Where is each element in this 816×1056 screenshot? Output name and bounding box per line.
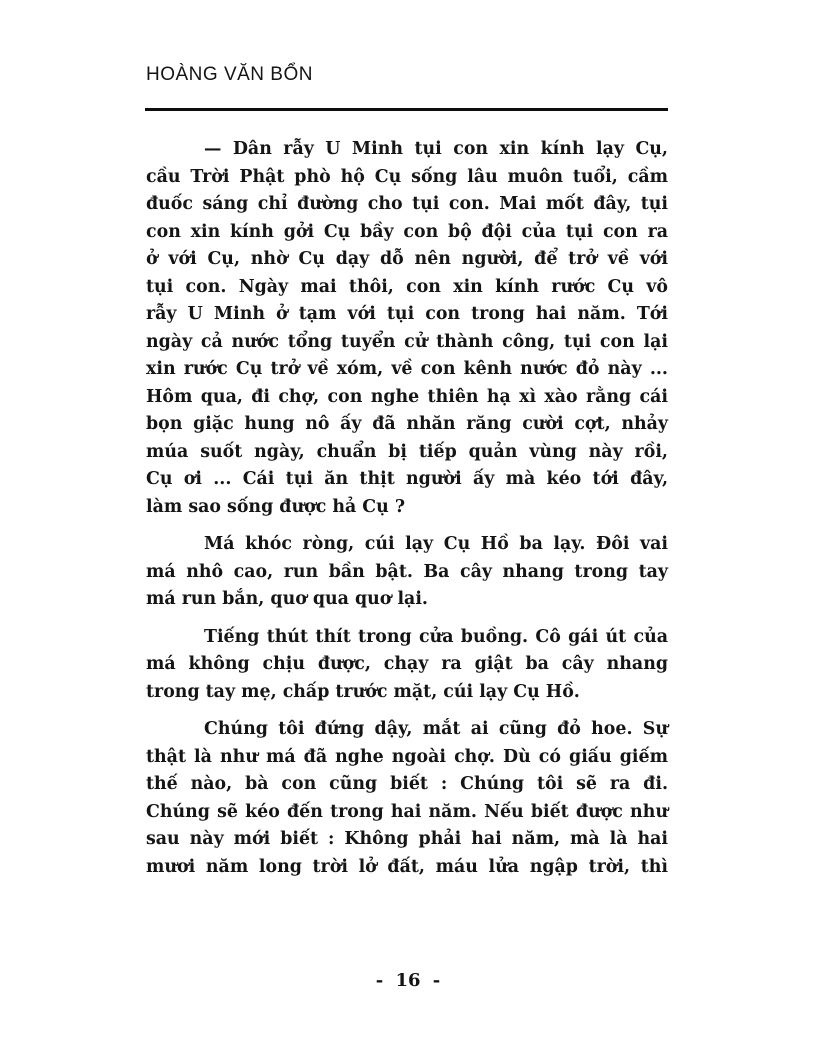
text-line: con xin kính gởi Cụ bầy con bộ đội của t…	[146, 219, 668, 247]
text-line: má không chịu được, chạy ra giật ba cây …	[146, 651, 668, 679]
paragraph-3: Tiếng thút thít trong cửa buồng. Cô gái …	[146, 624, 668, 707]
header-rule	[145, 108, 668, 111]
text-line: Cụ ơi ... Cái tụi ăn thịt người ấy mà ké…	[146, 466, 668, 494]
page-number: - 16 -	[0, 970, 816, 991]
paragraph-2: Má khóc ròng, cúi lạy Cụ Hồ ba lạy. Đôi …	[146, 531, 668, 614]
body-text: — Dân rẫy U Minh tụi con xin kính lạy Cụ…	[146, 136, 668, 881]
text-line: đuốc sáng chỉ đường cho tụi con. Mai mốt…	[146, 191, 668, 219]
text-line: rẫy U Minh ở tạm với tụi con trong hai n…	[146, 301, 668, 329]
text-line: xin rước Cụ trở về xóm, về con kênh nước…	[146, 356, 668, 384]
paragraph-1: — Dân rẫy U Minh tụi con xin kính lạy Cụ…	[146, 136, 668, 521]
text-line: thật là như má đã nghe ngoài chợ. Dù có …	[146, 744, 668, 772]
text-line: múa suốt ngày, chuẩn bị tiếp quản vùng n…	[146, 439, 668, 467]
text-line: trong tay mẹ, chấp trước mặt, cúi lạy Cụ…	[146, 679, 668, 707]
text-line: Tiếng thút thít trong cửa buồng. Cô gái …	[146, 624, 668, 652]
text-line: má run bắn, quơ qua quơ lại.	[146, 586, 668, 614]
text-line: má nhô cao, run bần bật. Ba cây nhang tr…	[146, 559, 668, 587]
text-line: cầu Trời Phật phò hộ Cụ sống lâu muôn tu…	[146, 164, 668, 192]
text-line: ở với Cụ, nhờ Cụ dạy dỗ nên người, để tr…	[146, 246, 668, 274]
text-line: sau này mới biết : Không phải hai năm, m…	[146, 826, 668, 854]
text-line: — Dân rẫy U Minh tụi con xin kính lạy Cụ…	[146, 136, 668, 164]
text-line: thế nào, bà con cũng biết : Chúng tôi sẽ…	[146, 771, 668, 799]
text-line: Hôm qua, đi chợ, con nghe thiên hạ xì xà…	[146, 384, 668, 412]
text-line: làm sao sống được hả Cụ ?	[146, 494, 668, 522]
text-line: Má khóc ròng, cúi lạy Cụ Hồ ba lạy. Đôi …	[146, 531, 668, 559]
text-line: mươi năm long trời lở đất, máu lửa ngập …	[146, 854, 668, 882]
paragraph-4: Chúng tôi đứng dậy, mắt ai cũng đỏ hoe. …	[146, 716, 668, 881]
running-header-author: HOÀNG VĂN BỔN	[146, 64, 313, 86]
text-line: tụi con. Ngày mai thôi, con xin kính rướ…	[146, 274, 668, 302]
text-line: bọn giặc hung nô ấy đã nhăn răng cười cợ…	[146, 411, 668, 439]
text-line: Chúng sẽ kéo đến trong hai năm. Nếu biết…	[146, 799, 668, 827]
text-line: ngày cả nước tổng tuyển cử thành công, t…	[146, 329, 668, 357]
text-line: Chúng tôi đứng dậy, mắt ai cũng đỏ hoe. …	[146, 716, 668, 744]
